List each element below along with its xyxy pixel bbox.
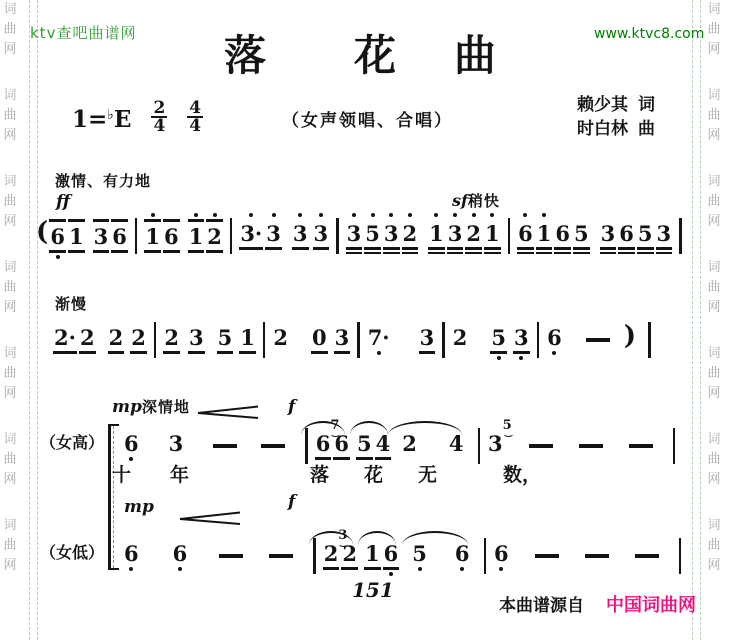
time-signature-2-4: 2 4 xyxy=(151,100,167,134)
source-site-link[interactable]: 中国词曲网 xyxy=(606,591,696,617)
notation-line-2: 2·22223512037·32536) xyxy=(52,312,657,366)
tempo-marking-line1: 激情、有力地 xyxy=(55,170,151,191)
dynamic-mp-espressivo: mp深情地 xyxy=(112,396,190,417)
right-border-dash-line-1 xyxy=(692,0,693,640)
key-note: E xyxy=(114,106,132,133)
key-signature: 1=♭E 2 4 4 4 xyxy=(72,100,203,134)
page-number: 151 xyxy=(352,578,394,602)
lyric-syllable: 十 xyxy=(112,460,131,487)
lyric-syllable: 无 xyxy=(418,460,437,487)
page-title-char-2: 花 xyxy=(354,34,396,78)
dynamic-f-alto: f xyxy=(288,492,295,512)
left-border-dash-line-2 xyxy=(37,0,38,640)
lyricist-credit: 赖少其词 xyxy=(577,90,655,115)
lyric-syllable: 落 xyxy=(310,460,329,487)
tempo-marking-line2: 渐慢 xyxy=(55,293,87,314)
site-url-link[interactable]: www.ktvc8.com xyxy=(594,26,704,42)
lyric-syllable: 年 xyxy=(170,460,189,487)
sheet-music-page: 词曲网词曲网词曲网词曲网词曲网词曲网词曲网 词曲网词曲网词曲网词曲网词曲网词曲网… xyxy=(0,0,730,640)
notation-line-soprano: 63676542435 xyxy=(122,418,681,472)
lyric-syllable: 数， xyxy=(503,460,541,487)
right-border-dash-line-2 xyxy=(700,0,701,640)
dynamic-f-soprano: f xyxy=(288,397,295,417)
time-signature-4-4: 4 4 xyxy=(187,100,203,134)
notation-line-1: (613616123·3333532132161653653 xyxy=(36,208,688,266)
crescendo-hairpin-alto xyxy=(178,510,242,526)
left-border-dash-line-1 xyxy=(29,0,30,640)
source-attribution-label: 本曲谱源自 xyxy=(499,591,584,616)
part-label-soprano: （女高） xyxy=(40,430,104,453)
key-prefix: 1= xyxy=(72,106,107,133)
site-name-link[interactable]: ktv查吧曲谱网 xyxy=(30,22,136,43)
system-bracket xyxy=(108,424,119,570)
notation-line-alto: 6623216566 xyxy=(122,528,687,582)
page-title-char-3: 曲 xyxy=(454,34,496,78)
part-label-alto: （女低） xyxy=(40,540,104,563)
dynamic-mp-alto: mp xyxy=(124,497,154,517)
flat-sign: ♭ xyxy=(107,107,114,123)
composer-credit: 时白林曲 xyxy=(577,114,655,139)
left-border-watermark: 词曲网词曲网词曲网词曲网词曲网词曲网词曲网 xyxy=(2,0,18,640)
lyric-syllable: 花 xyxy=(364,460,383,487)
page-title-char-1: 落 xyxy=(224,34,266,78)
right-border-watermark: 词曲网词曲网词曲网词曲网词曲网词曲网词曲网 xyxy=(706,0,722,640)
ensemble-label: （女声领唱、合唱） xyxy=(282,106,453,131)
